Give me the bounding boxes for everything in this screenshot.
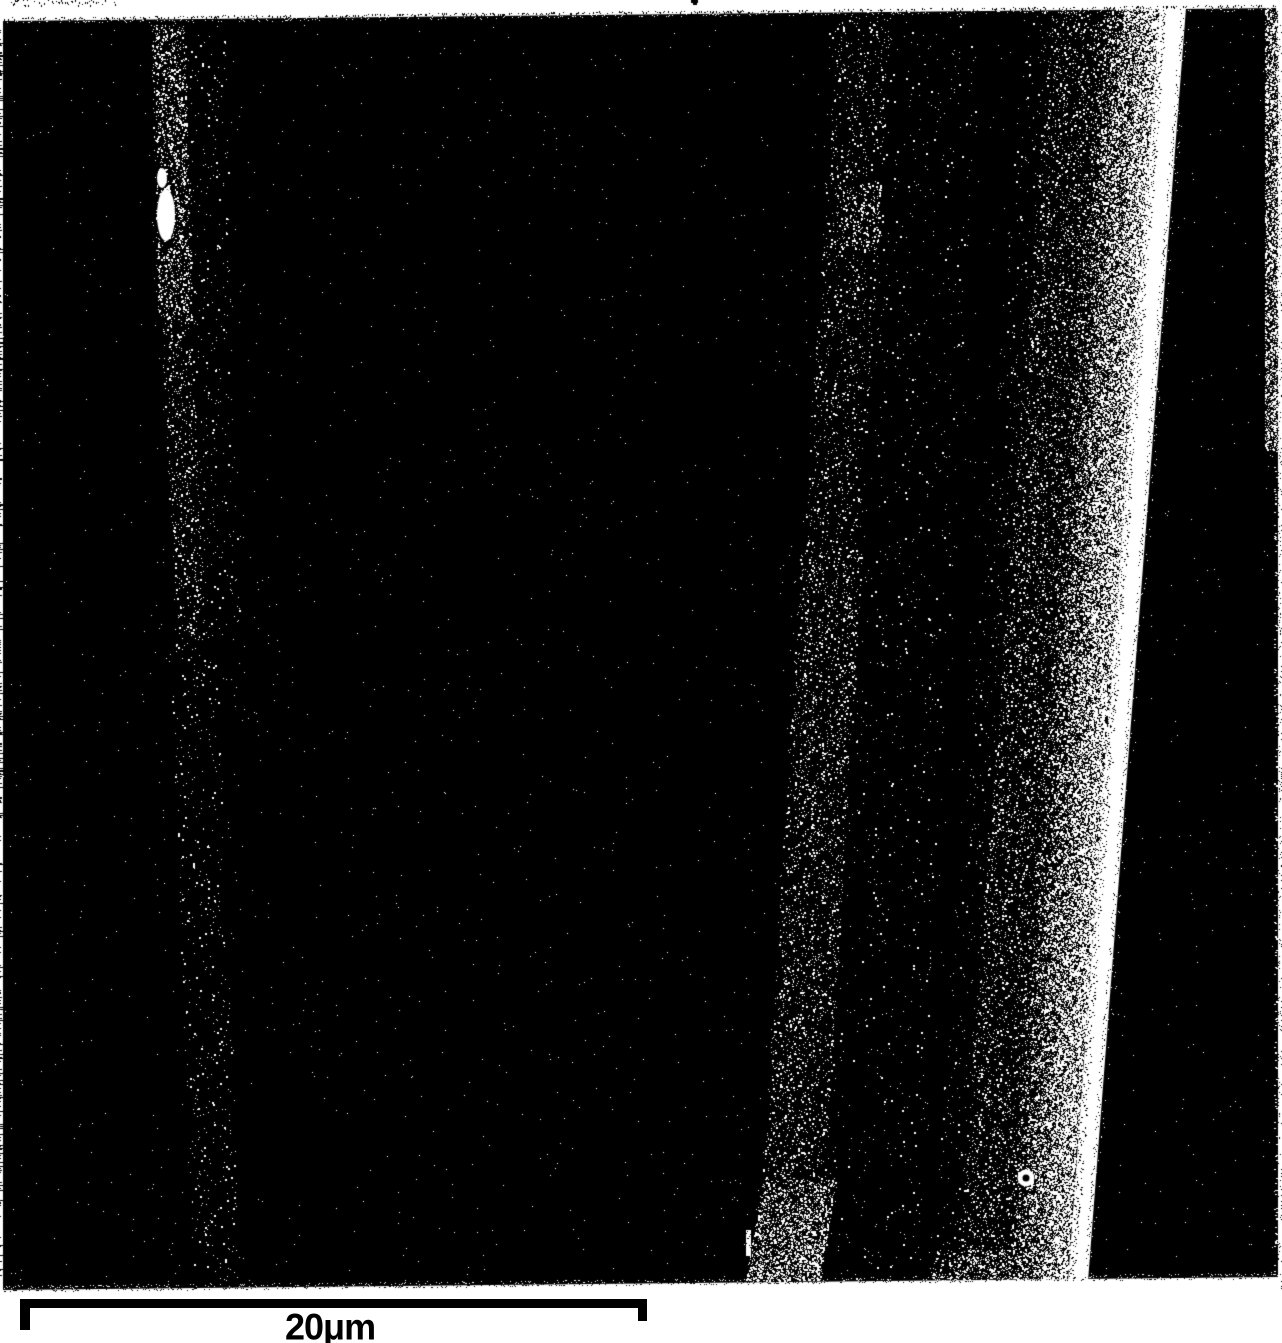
scale-bar-left-tick bbox=[20, 1299, 30, 1330]
sem-micrograph-image bbox=[0, 0, 1282, 1343]
scale-bar-label: 20μm bbox=[285, 1306, 375, 1343]
micrograph-page: 20μm bbox=[0, 0, 1282, 1343]
scale-bar-right-tick bbox=[638, 1299, 647, 1321]
